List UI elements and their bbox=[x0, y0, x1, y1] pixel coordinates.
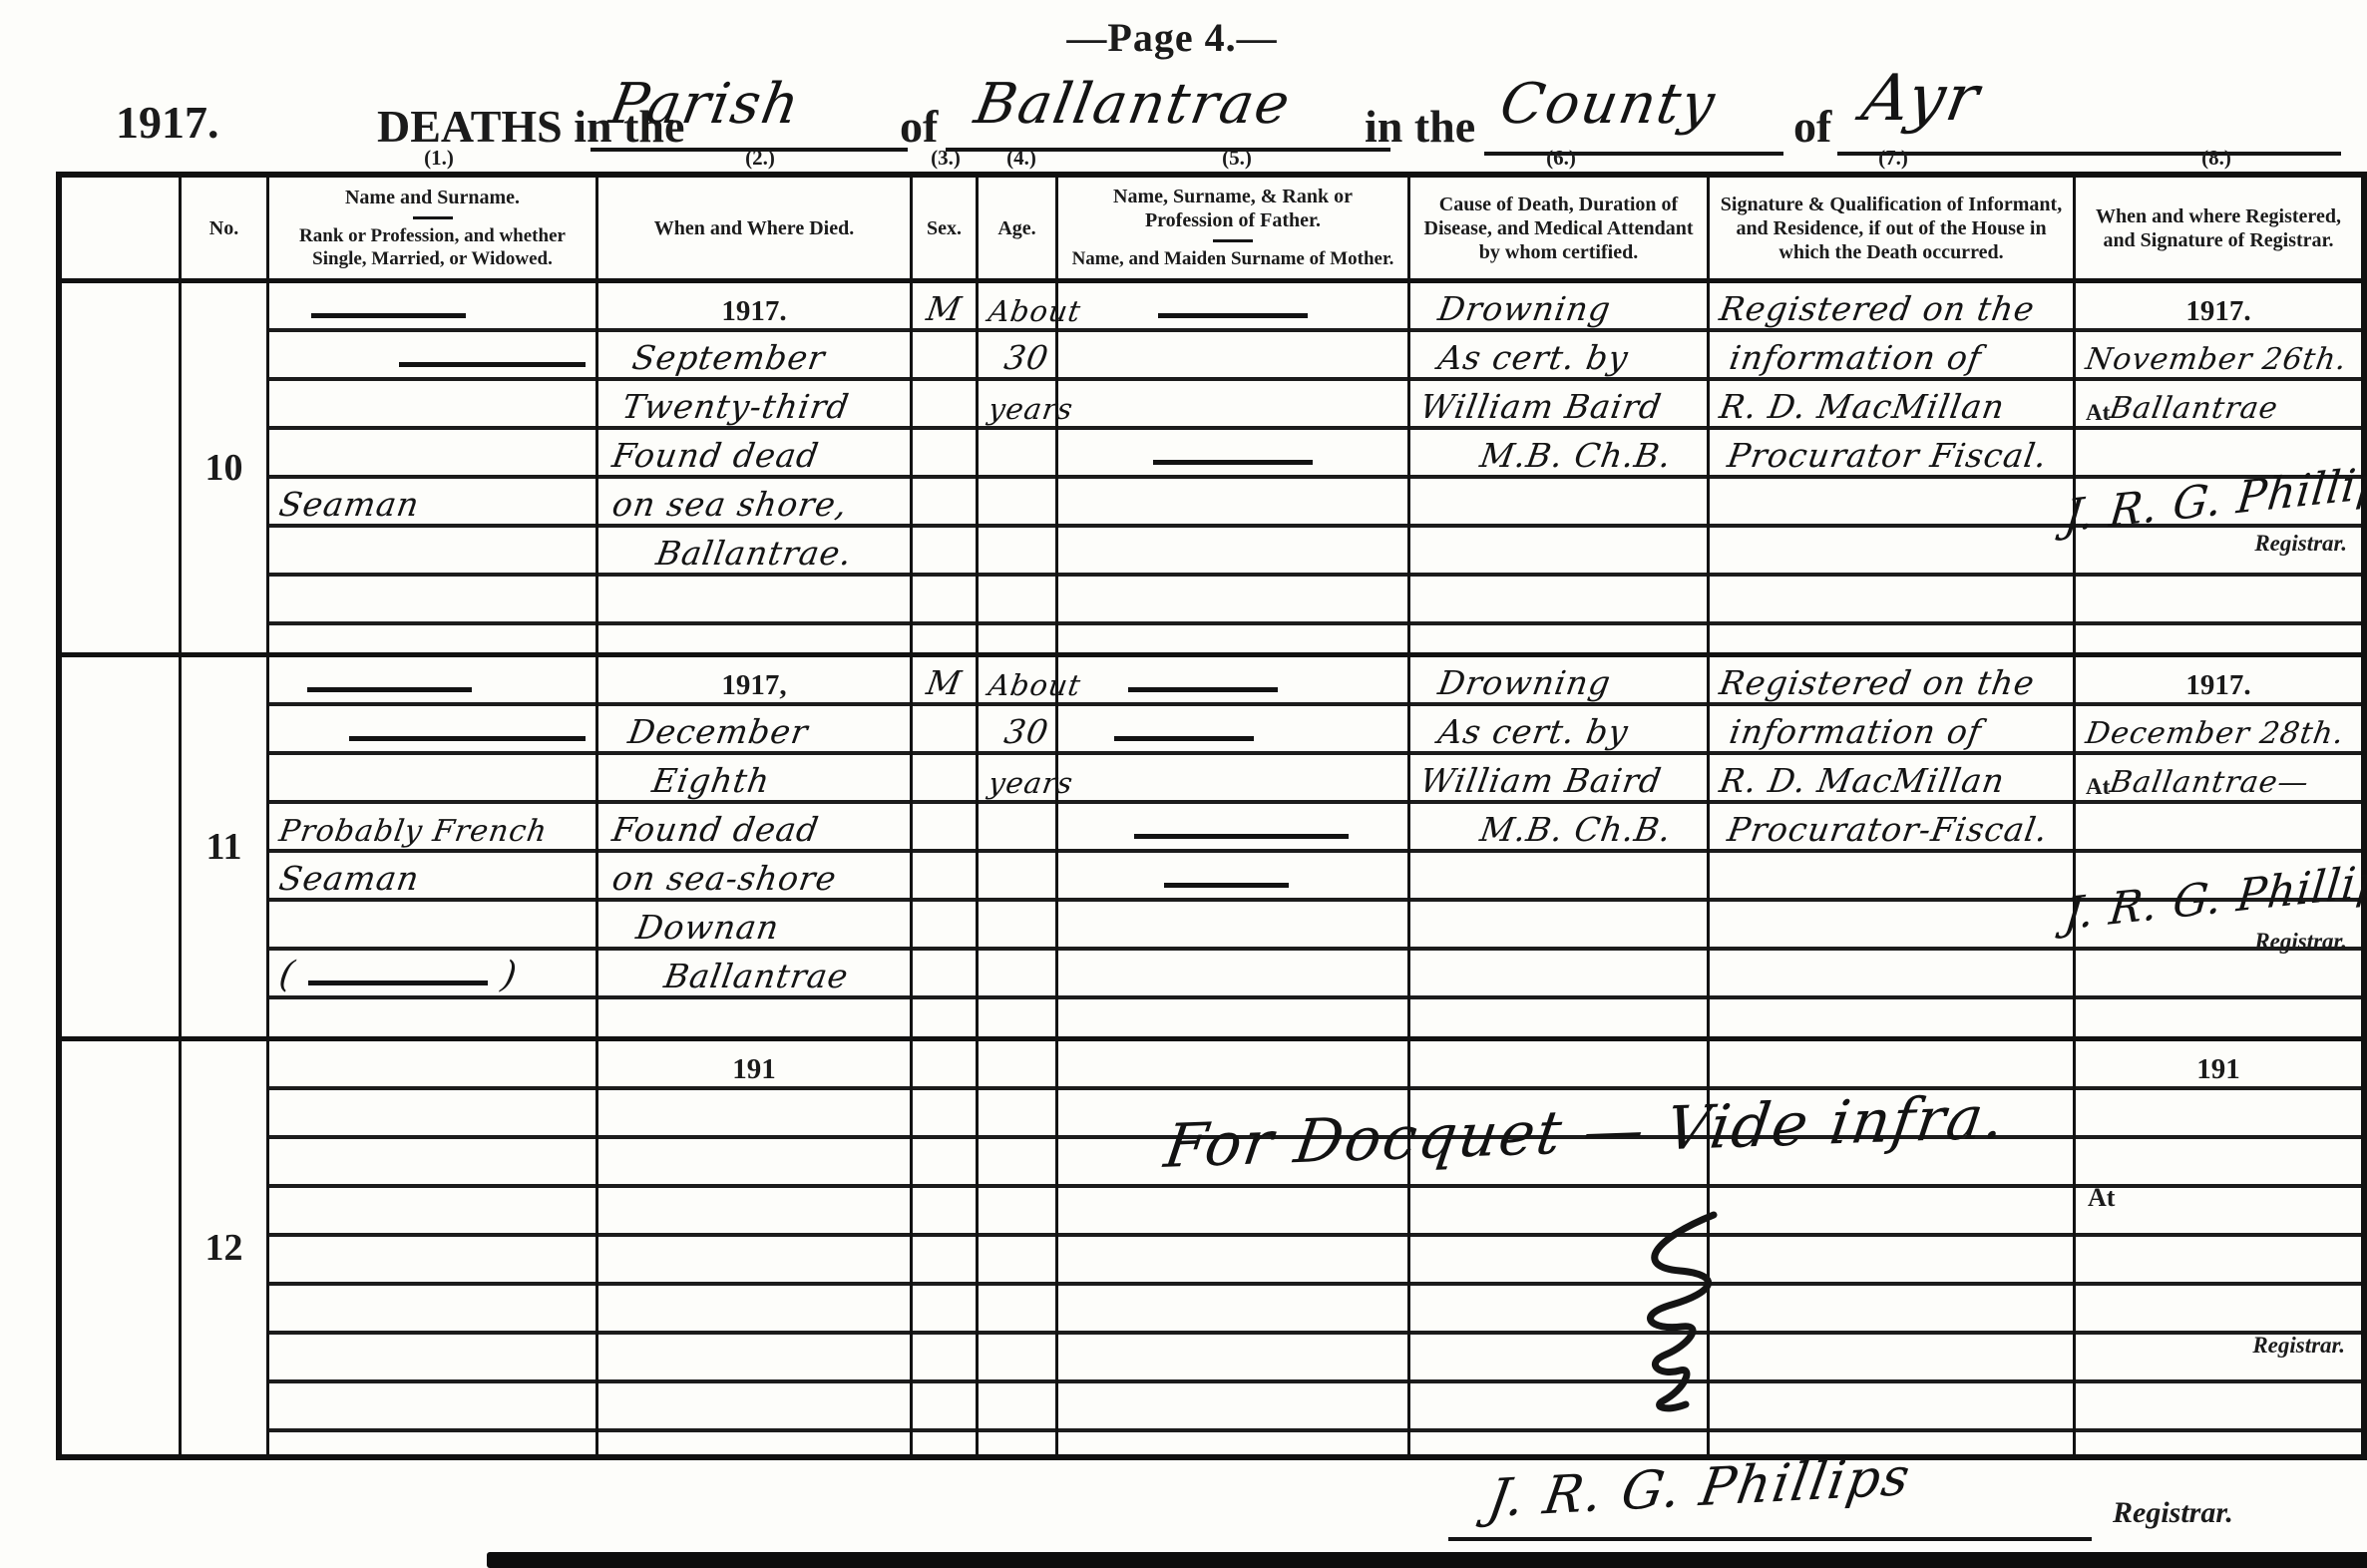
row11-died-cell: 1917, December Eighth Found dead on sea-… bbox=[598, 657, 913, 1041]
title-county-name: Ayr bbox=[1856, 62, 1985, 136]
blank-entry-dash bbox=[307, 687, 472, 696]
row10-registrar-label: Registrar. bbox=[2254, 531, 2347, 557]
row12-age-cell bbox=[979, 1041, 1058, 1454]
header-cause: Cause of Death, Duration of Disease, and… bbox=[1410, 178, 1710, 283]
row11-name-cell: Probably French Seaman () bbox=[269, 657, 598, 1041]
row11-registered-cell: 1917. December 28th. AtBallantrae— J. R.… bbox=[2076, 657, 2361, 1041]
row10-margin-cell bbox=[62, 283, 182, 657]
row11-entry-number: 11 bbox=[182, 657, 269, 1041]
column-number-4: (4.) bbox=[1006, 146, 1036, 171]
blank-entry-dash bbox=[308, 980, 488, 989]
header-divider-dash bbox=[413, 216, 453, 219]
row10-name-cell: Seaman bbox=[269, 283, 598, 657]
row10-registered-cell: 1917. November 26th. AtBallantrae J. R. … bbox=[2076, 283, 2361, 657]
blank-entry-dash bbox=[349, 736, 586, 745]
page-number: —Page 4.— bbox=[1066, 14, 1277, 61]
row11-informant-cell: Registered on the information of R. D. M… bbox=[1710, 657, 2076, 1041]
row11-registered-year: 1917. bbox=[2185, 669, 2250, 706]
blank-entry-dash bbox=[311, 313, 466, 322]
row12-name-cell bbox=[269, 1041, 598, 1454]
row12-margin-cell bbox=[62, 1041, 182, 1454]
header-died: When and Where Died. bbox=[598, 178, 913, 283]
header-informant: Signature & Qualification of Informant, … bbox=[1710, 178, 2076, 283]
footer-signature-line bbox=[1448, 1537, 2092, 1541]
row10-age-cell: About 30 years bbox=[979, 283, 1058, 657]
title-in-the: in the bbox=[1365, 100, 1475, 153]
header-no: No. bbox=[182, 178, 269, 283]
row11-sex-cell: M bbox=[913, 657, 979, 1041]
title-of-2: of bbox=[1793, 100, 1831, 153]
row10-registered-year: 1917. bbox=[2185, 295, 2250, 332]
row12-died-cell: 191 bbox=[598, 1041, 913, 1454]
header-father-mother: Name, Surname, & Rank or Profession of F… bbox=[1058, 178, 1410, 283]
column-number-3: (3.) bbox=[931, 146, 961, 171]
column-number-6: (6.) bbox=[1546, 146, 1576, 171]
header-age: Age. bbox=[979, 178, 1058, 283]
column-number-1: (1.) bbox=[424, 146, 454, 171]
row12-entry-number: 12 bbox=[182, 1041, 269, 1454]
footer-registrar-label: Registrar. bbox=[2113, 1496, 2233, 1530]
blank-entry-dash bbox=[1158, 313, 1308, 322]
header-margin bbox=[62, 178, 182, 283]
row12-at-label: At bbox=[2088, 1183, 2115, 1213]
row11-father-cell bbox=[1058, 657, 1410, 1041]
row11-registrar-signature: J. R. G. Phillips bbox=[2064, 871, 2367, 922]
column-number-8: (8.) bbox=[2201, 146, 2231, 171]
column-number-2: (2.) bbox=[745, 146, 775, 171]
column-number-5: (5.) bbox=[1222, 146, 1252, 171]
scan-edge bbox=[487, 1552, 2367, 1568]
row10-father-cell bbox=[1058, 283, 1410, 657]
blank-entry-dash bbox=[1128, 687, 1278, 696]
row11-cause-cell: Drowning As cert. by William Baird M.B. … bbox=[1410, 657, 1710, 1041]
docquet-signature-flourish bbox=[1594, 1209, 1764, 1418]
row12-father-cell bbox=[1058, 1041, 1410, 1454]
row10-rank: Seaman bbox=[276, 485, 423, 528]
blank-entry-dash bbox=[399, 362, 586, 371]
row11-margin-cell bbox=[62, 657, 182, 1041]
row11-registrar-label: Registrar. bbox=[2254, 929, 2347, 955]
blank-entry-dash bbox=[1134, 834, 1349, 843]
row11-age-cell: About 30 years bbox=[979, 657, 1058, 1041]
row11-died-year: 1917, bbox=[721, 669, 786, 706]
row10-informant-cell: Registered on the information of R. D. M… bbox=[1710, 283, 2076, 657]
title-year: 1917. bbox=[116, 96, 219, 149]
row10-died-cell: 1917. September Twenty-third Found dead … bbox=[598, 283, 913, 657]
row10-registrar-signature: J. R. G. Phillips bbox=[2064, 473, 2367, 524]
row12-sex-cell bbox=[913, 1041, 979, 1454]
title-underline bbox=[1837, 152, 2341, 156]
row12-registered-cell: 191 At Registrar. bbox=[2076, 1041, 2361, 1454]
death-register-page: —Page 4.— 1917. DEATHS in the Parish of … bbox=[0, 0, 2367, 1568]
header-sex: Sex. bbox=[913, 178, 979, 283]
column-number-7: (7.) bbox=[1878, 146, 1908, 171]
blank-entry-dash bbox=[1114, 736, 1254, 745]
row10-sex-cell: M bbox=[913, 283, 979, 657]
row12-registered-year: 191 bbox=[2196, 1053, 2240, 1090]
row10-entry-number: 10 bbox=[182, 283, 269, 657]
blank-entry-dash bbox=[1153, 460, 1313, 469]
register-table: No. Name and Surname. Rank or Profession… bbox=[56, 172, 2367, 1460]
title-underline bbox=[1484, 152, 1783, 156]
row10-died-year: 1917. bbox=[721, 295, 786, 332]
header-registered: When and where Registered, and Signature… bbox=[2076, 178, 2361, 283]
row10-cause-cell: Drowning As cert. by William Baird M.B. … bbox=[1410, 283, 1710, 657]
row12-registrar-label: Registrar. bbox=[2252, 1333, 2345, 1359]
blank-entry-dash bbox=[1164, 883, 1289, 892]
title-parish-word: Parish bbox=[604, 72, 806, 137]
header-divider-dash bbox=[1213, 239, 1253, 242]
title-county-word: County bbox=[1495, 72, 1721, 137]
row12-died-year: 191 bbox=[732, 1053, 776, 1090]
title-parish-name: Ballantrae bbox=[970, 72, 1296, 137]
header-name: Name and Surname. Rank or Profession, an… bbox=[269, 178, 598, 283]
